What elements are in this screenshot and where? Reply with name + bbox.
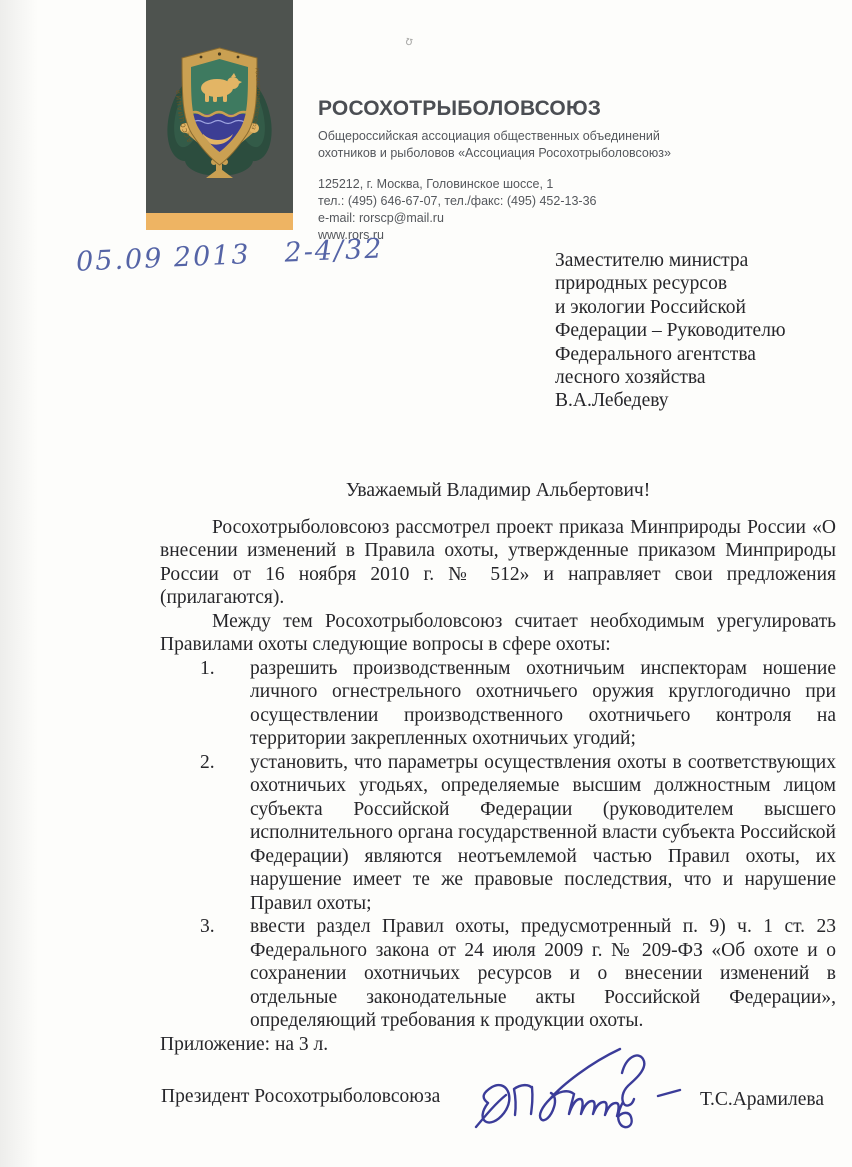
recipient-line: Федерального агентства (555, 343, 830, 366)
paragraph-2: Между тем Росохотрыболовсоюз считает нео… (160, 610, 836, 657)
org-subtitle-line2: охотников и рыболовов «Ассоциация Росохо… (318, 145, 738, 162)
recipient-line: природных ресурсов (555, 272, 830, 295)
org-email: e-mail: rorscp@mail.ru (318, 210, 738, 227)
list-item: 2. установить, что параметры осуществлен… (160, 751, 836, 916)
list-item-text: установить, что параметры осуществления … (250, 751, 836, 916)
handwritten-date-number: 05.09 20132-4/32 (75, 233, 384, 277)
org-phone: тел.: (495) 646-67-07, тел./факс: (495) … (318, 193, 738, 210)
list-item-number: 3. (200, 915, 250, 1033)
org-subtitle-line1: Общероссийская ассоциация общественных о… (318, 128, 738, 145)
letter-body: Уважаемый Владимир Альбертович! Росохотр… (160, 479, 836, 1056)
gold-stripe (146, 213, 293, 230)
signer-name: Т.С.Арамилева (700, 1089, 824, 1111)
list-item-text: разрешить производственным охотничьим ин… (250, 657, 836, 751)
salutation: Уважаемый Владимир Альбертович! (160, 479, 836, 503)
recipient-line: Заместителю министра (555, 249, 830, 272)
org-name: РОСОХОТРЫБОЛОВСОЮЗ (318, 97, 738, 121)
list-item: 3. ввести раздел Правил охоты, предусмот… (160, 915, 836, 1033)
list-item-number: 1. (200, 657, 250, 751)
numbered-list: 1. разрешить производственным охотничьим… (160, 657, 836, 1033)
recipient-line: и экологии Российской (555, 296, 830, 319)
letterhead-text-block: РОСОХОТРЫБОЛОВСОЮЗ Общероссийская ассоци… (318, 97, 738, 244)
association-badge-icon: АССОЦИАЦИЯ РОСОХОТРЫБОЛОВСОЮЗ (163, 36, 276, 182)
list-item: 1. разрешить производственным охотничьим… (160, 657, 836, 751)
handwritten-signature-icon (462, 1043, 690, 1143)
paragraph-1: Росохотрыболовсоюз рассмотрел проект при… (160, 516, 836, 610)
recipient-line: Федерации – Руководителю (555, 319, 830, 342)
list-item-number: 2. (200, 751, 250, 916)
list-item-text: ввести раздел Правил охоты, предусмотрен… (250, 915, 836, 1033)
recipient-line: лесного хозяйства (555, 366, 830, 389)
scan-speck: ʊ (405, 33, 414, 44)
recipient-line: В.А.Лебедеву (555, 389, 830, 412)
letterhead-emblem-box: АССОЦИАЦИЯ РОСОХОТРЫБОЛОВСОЮЗ (146, 0, 293, 230)
org-address: 125212, г. Москва, Головинское шоссе, 1 (318, 176, 738, 193)
recipient-block: Заместителю министра природных ресурсов … (555, 249, 830, 413)
handwritten-date: 05.09 2013 (75, 239, 251, 278)
handwritten-number: 2-4/32 (284, 233, 384, 268)
scanned-letter-page: АССОЦИАЦИЯ РОСОХОТРЫБОЛОВСОЮЗ (0, 0, 852, 1167)
signer-title: Президент Росохотрыболовсоюза (161, 1086, 440, 1108)
